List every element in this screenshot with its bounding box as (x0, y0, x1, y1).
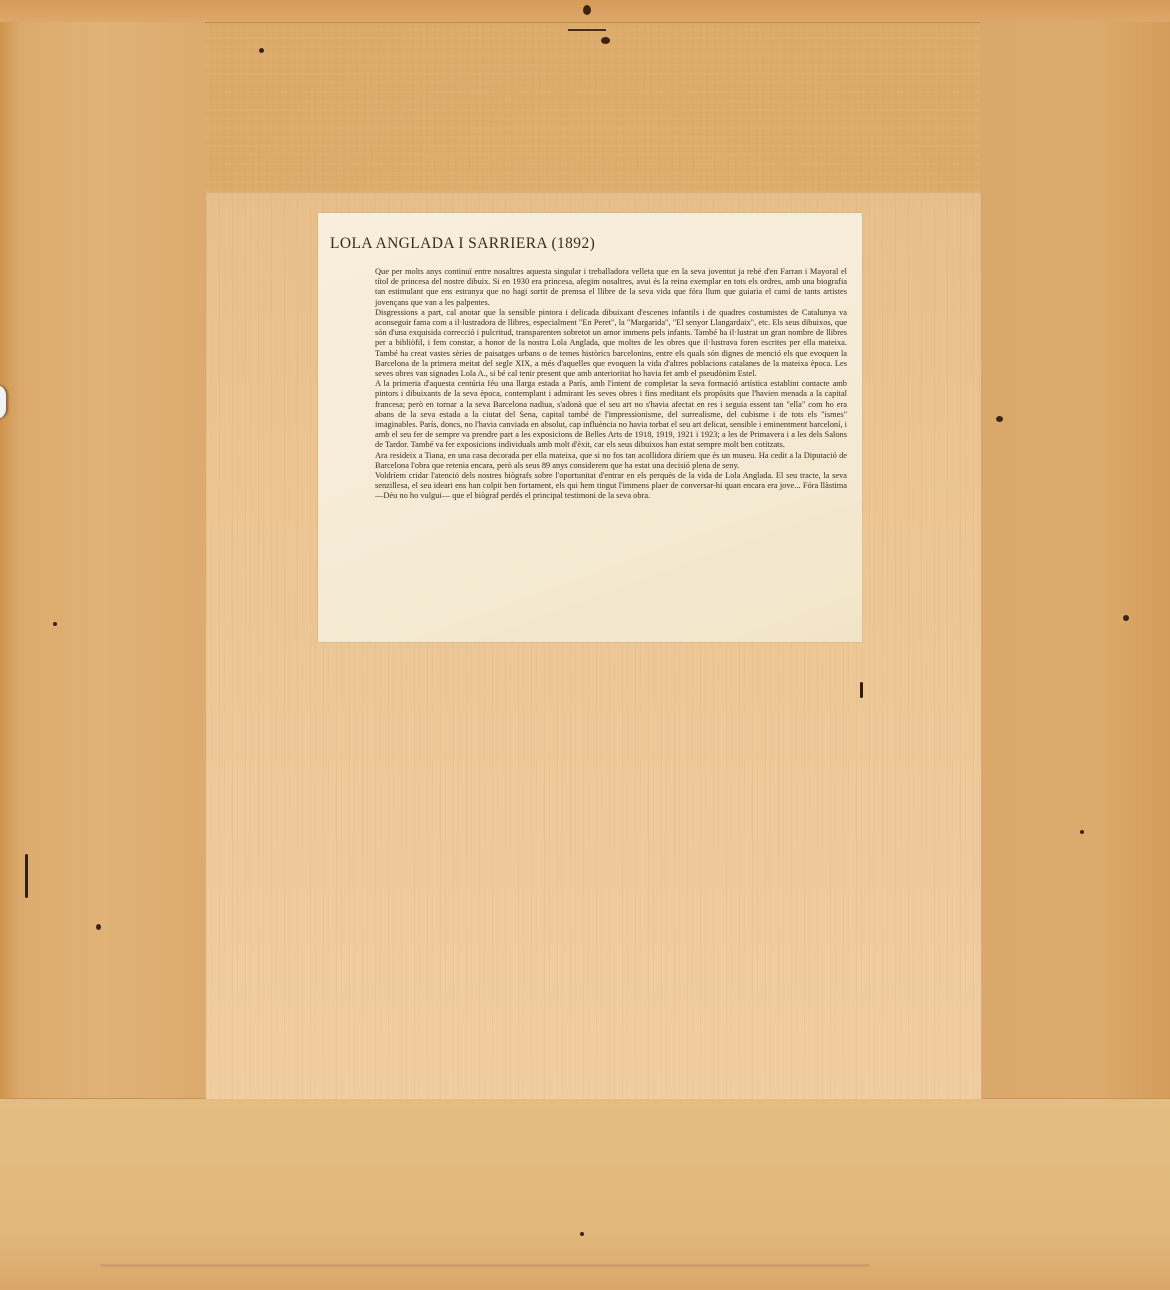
label-paragraph: Ara resideix a Tiana, en una casa decora… (375, 451, 847, 471)
label-body: Que per molts anys continuï entre nosalt… (375, 267, 847, 502)
biography-label: LOLA ANGLADA I SARRIERA (1892) Que per m… (318, 213, 862, 642)
hanging-nail-icon (578, 0, 628, 50)
staple-mark (25, 854, 28, 898)
nail-hole (1080, 830, 1084, 834)
nail-hole (259, 48, 264, 53)
nail-hole (53, 622, 57, 626)
label-paragraph: Que per molts anys continuï entre nosalt… (375, 267, 847, 308)
label-title: LOLA ANGLADA I SARRIERA (1892) (330, 235, 595, 253)
bottom-cardboard-band (0, 1098, 1170, 1290)
nail-hole (1123, 615, 1129, 621)
label-paragraph: Disgressions a part, cal anotar que la s… (375, 308, 847, 379)
nail-hole (580, 1232, 584, 1236)
label-paragraph: A la primeria d'aquesta centúria féu una… (375, 379, 847, 450)
staple-mark (860, 682, 863, 698)
right-cardboard-panel (980, 22, 1170, 1098)
label-paragraph: Voldríem cridar l'atenció dels nostres b… (375, 471, 847, 502)
nail-hole (996, 416, 1003, 422)
left-cardboard-panel (0, 22, 205, 1098)
nail-hole (96, 924, 101, 930)
